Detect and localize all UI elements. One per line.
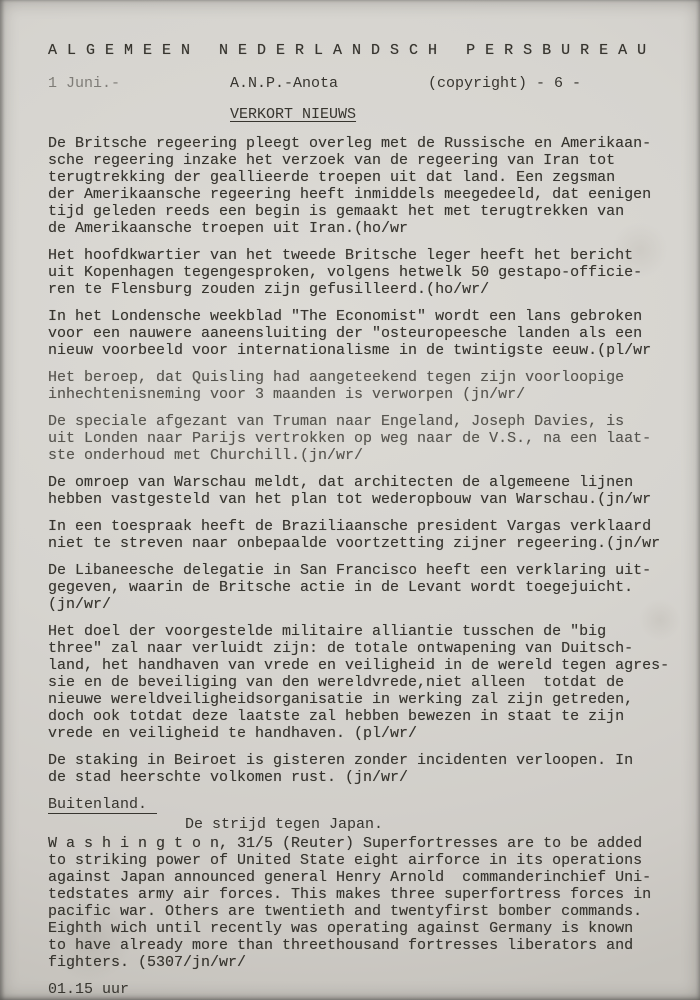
news-item-big-three: Het doel der voorgestelde militaire alli… <box>48 623 670 742</box>
japan-subheading: De strijd tegen Japan. <box>185 816 670 833</box>
copyright-page-label: (copyright) - 6 - <box>428 75 581 92</box>
news-item-vargas: In een toespraak heeft de Braziliaansche… <box>48 518 670 552</box>
news-item-quisling: Het beroep, dat Quisling had aangeteeken… <box>48 369 670 403</box>
news-item-economist: In het Londensche weekblad "The Economis… <box>48 308 670 359</box>
meta-row: 1 Juni.- A.N.P.-Anota (copyright) - 6 - <box>48 75 670 92</box>
time-label: 01.15 uur <box>48 981 670 998</box>
news-item-iran: De Britsche regeering pleegt overleg met… <box>48 135 670 237</box>
washington-dispatch: W a s h i n g t o n, 31/5 (Reuter) Super… <box>48 835 670 971</box>
page-content: A L G E M E E N N E D E R L A N D S C H … <box>0 0 700 998</box>
news-item-libanon: De Libaneesche delegatie in San Francisc… <box>48 562 670 613</box>
news-item-warschau: De omroep van Warschau meldt, dat archit… <box>48 474 670 508</box>
section-heading: VERKORT NIEUWS <box>230 106 356 123</box>
scanned-press-bulletin-page: A L G E M E E N N E D E R L A N D S C H … <box>0 0 700 1000</box>
date-label: 1 Juni.- <box>48 75 230 92</box>
news-item-beiroet: De staking in Beiroet is gisteren zonder… <box>48 752 670 786</box>
bulletin-name: A.N.P.-Anota <box>230 75 428 92</box>
section-heading-row: VERKORT NIEUWS <box>48 106 670 129</box>
news-item-davies: De speciale afgezant van Truman naar Eng… <box>48 413 670 464</box>
buitenland-heading-row: Buitenland. <box>48 796 670 814</box>
news-item-gestapo-flensburg: Het hoofdkwartier van het tweede Britsch… <box>48 247 670 298</box>
buitenland-heading: Buitenland. <box>48 796 157 814</box>
press-bureau-title: A L G E M E E N N E D E R L A N D S C H … <box>48 42 670 59</box>
